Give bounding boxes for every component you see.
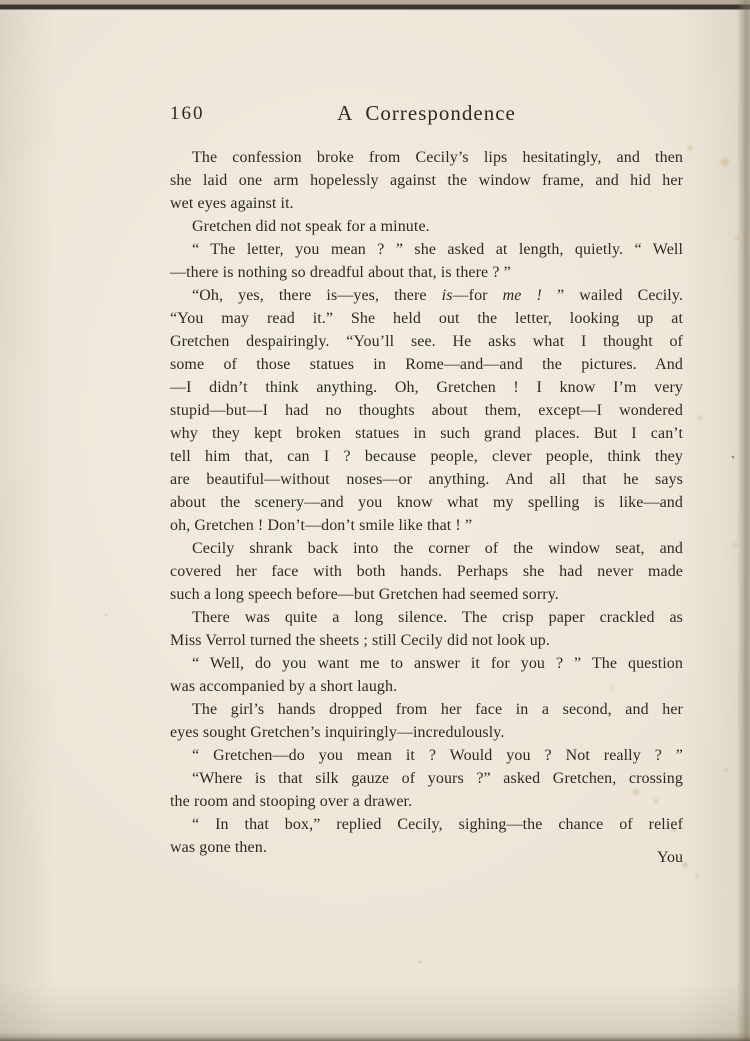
text-line: “ Well, do you want me to answer it for … [170, 652, 683, 675]
paragraph: There was quite a long silence. The cris… [170, 606, 683, 652]
paragraph: “Oh, yes, there is—yes, there is—for me … [170, 284, 683, 537]
paragraph: The girl’s hands dropped from her face i… [170, 698, 683, 744]
paragraph: “ Well, do you want me to answer it for … [170, 652, 683, 698]
text-line: wet eyes against it. [170, 192, 683, 215]
text-line: covered her face with both hands. Perhap… [170, 560, 683, 583]
text-block: The confession broke from Cecily’s lips … [170, 146, 683, 859]
text-line: Miss Verrol turned the sheets ; still Ce… [170, 629, 683, 652]
italic-text: is [442, 287, 453, 304]
text-line: —I didn’t think anything. Oh, Gretchen !… [170, 376, 683, 399]
text-line: such a long speech before—but Gretchen h… [170, 583, 683, 606]
text-line: Cecily shrank back into the corner of th… [170, 537, 683, 560]
text-line: The girl’s hands dropped from her face i… [170, 698, 683, 721]
text-line: “Where is that silk gauze of yours ?” as… [170, 767, 683, 790]
text-line: The confession broke from Cecily’s lips … [170, 146, 683, 169]
paragraph: Gretchen did not speak for a minute. [170, 215, 683, 238]
paragraph: “Where is that silk gauze of yours ?” as… [170, 767, 683, 813]
paragraph: Cecily shrank back into the corner of th… [170, 537, 683, 606]
page-bottom-edge [0, 1032, 750, 1041]
text-line: oh, Gretchen ! Don’t—don’t smile like th… [170, 514, 683, 537]
text-line: why they kept broken statues in such gra… [170, 422, 683, 445]
catchword: You [170, 849, 683, 867]
text-line: There was quite a long silence. The cris… [170, 606, 683, 629]
text-line: was accompanied by a short laugh. [170, 675, 683, 698]
text-line: “ In that box,” replied Cecily, sighing—… [170, 813, 683, 836]
text-line: Gretchen did not speak for a minute. [170, 215, 683, 238]
text-line: “Oh, yes, there is—yes, there is—for me … [170, 284, 683, 307]
text-line: —there is nothing so dreadful about that… [170, 261, 683, 284]
book-page-scan: 160 A Correspondence The confession brok… [0, 0, 750, 1041]
text-line: “ The letter, you mean ? ” she asked at … [170, 238, 683, 261]
text-line: the room and stooping over a drawer. [170, 790, 683, 813]
text-line: stupid—but—I had no thoughts about them,… [170, 399, 683, 422]
text-line: Gretchen despairingly. “You’ll see. He a… [170, 330, 683, 353]
running-title: A Correspondence [170, 101, 683, 126]
text-line: she laid one arm hopelessly against the … [170, 169, 683, 192]
paragraph: “ The letter, you mean ? ” she asked at … [170, 238, 683, 284]
text-line: are beautiful—without noses—or anything.… [170, 468, 683, 491]
italic-text: me ! [503, 287, 542, 304]
text-line: eyes sought Gretchen’s inquiringly—incre… [170, 721, 683, 744]
paragraph: “ Gretchen—do you mean it ? Would you ? … [170, 744, 683, 767]
text-line: some of those statues in Rome—and—and th… [170, 353, 683, 376]
text-line: tell him that, can I ? because people, c… [170, 445, 683, 468]
text-line: “ Gretchen—do you mean it ? Would you ? … [170, 744, 683, 767]
page-top-edge [0, 0, 750, 10]
paragraph: The confession broke from Cecily’s lips … [170, 146, 683, 215]
text-line: about the scenery—and you know what my s… [170, 491, 683, 514]
page-right-edge [737, 0, 750, 1041]
page-header: 160 A Correspondence [170, 101, 683, 127]
text-line: “You may read it.” She held out the lett… [170, 307, 683, 330]
